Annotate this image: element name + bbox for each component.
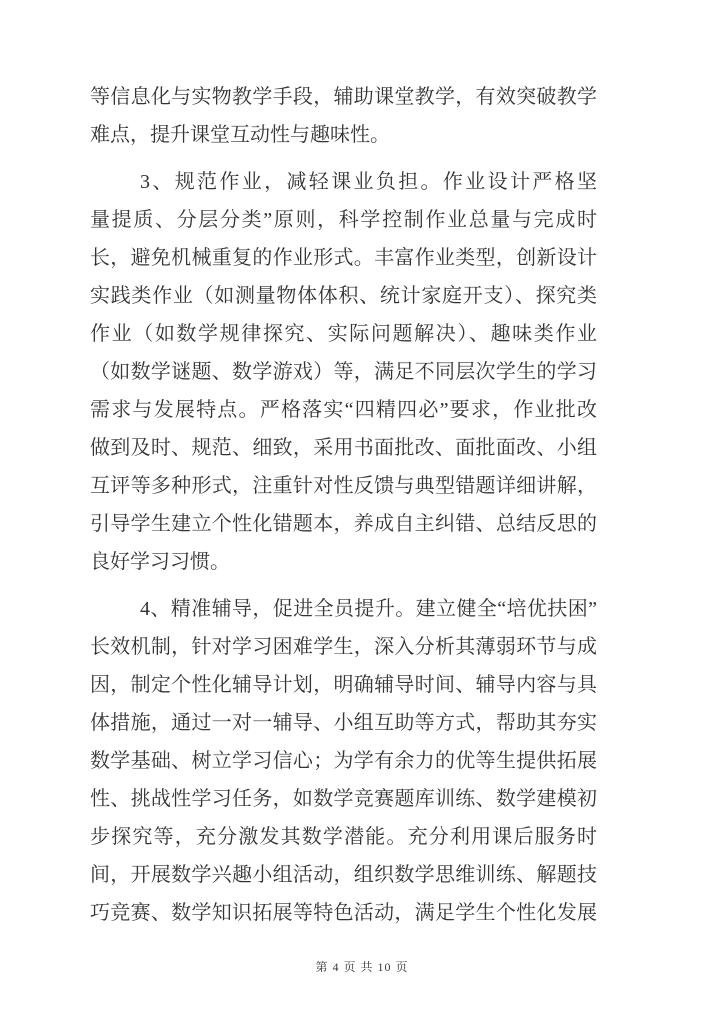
text-line: 巧竞赛、数学知识拓展等特色活动，满足学生个性化发展 [90,894,597,932]
text-line: 体措施，通过一对一辅导、小组互助等方式，帮助其夯实 [90,704,597,742]
text-line: 步探究等，充分激发其数学潜能。充分利用课后服务时 [90,818,597,856]
paragraph: 等信息化与实物教学手段，辅助课堂教学，有效突破教学难点，提升课堂互动性与趣味性。 [90,78,597,154]
text-line: 引导学生建立个性化错题本，养成自主纠错、总结反思的 [90,505,597,543]
text-line: 实践类作业（如测量物体体积、统计家庭开支）、探究类 [90,277,597,315]
text-line: 因，制定个性化辅导计划，明确辅导时间、辅导内容与具 [90,666,597,704]
paragraph: 3、规范作业，减轻课业负担。作业设计严格坚持“减量提质、分层分类”原则，科学控制… [90,163,597,581]
text-line: 间，开展数学兴趣小组活动，组织数学思维训练、解题技 [90,856,597,894]
document-body: 等信息化与实物教学手段，辅助课堂教学，有效突破教学难点，提升课堂互动性与趣味性。… [90,78,597,932]
paragraph: 4、精准辅导，促进全员提升。建立健全“培优扶困”长效机制，针对学习困难学生，深入… [90,590,597,932]
page-footer: 第 4 页 共 10 页 [0,958,724,975]
document-page: 等信息化与实物教学手段，辅助课堂教学，有效突破教学难点，提升课堂互动性与趣味性。… [0,0,724,1024]
text-line: 等信息化与实物教学手段，辅助课堂教学，有效突破教学 [90,78,597,116]
text-line: 难点，提升课堂互动性与趣味性。 [90,116,597,154]
text-line: 4、精准辅导，促进全员提升。建立健全“培优扶困” [90,590,597,628]
text-line: 需求与发展特点。严格落实“四精四必”要求，作业批改 [90,391,597,429]
text-line: 3、规范作业，减轻课业负担。作业设计严格坚持“减 [90,163,597,201]
text-line: 量提质、分层分类”原则，科学控制作业总量与完成时 [90,201,597,239]
text-line: 长，避免机械重复的作业形式。丰富作业类型，创新设计 [90,239,597,277]
text-line: 良好学习习惯。 [90,543,597,581]
text-line: （如数学谜题、数学游戏）等，满足不同层次学生的学习 [90,353,597,391]
text-line: 数学基础、树立学习信心；为学有余力的优等生提供拓展 [90,742,597,780]
text-line: 做到及时、规范、细致，采用书面批改、面批面改、小组 [90,429,597,467]
text-line: 作业（如数学规律探究、实际问题解决）、趣味类作业 [90,315,597,353]
text-line: 性、挑战性学习任务，如数学竞赛题库训练、数学建模初 [90,780,597,818]
text-line: 长效机制，针对学习困难学生，深入分析其薄弱环节与成 [90,628,597,666]
text-line: 互评等多种形式，注重针对性反馈与典型错题详细讲解， [90,467,597,505]
